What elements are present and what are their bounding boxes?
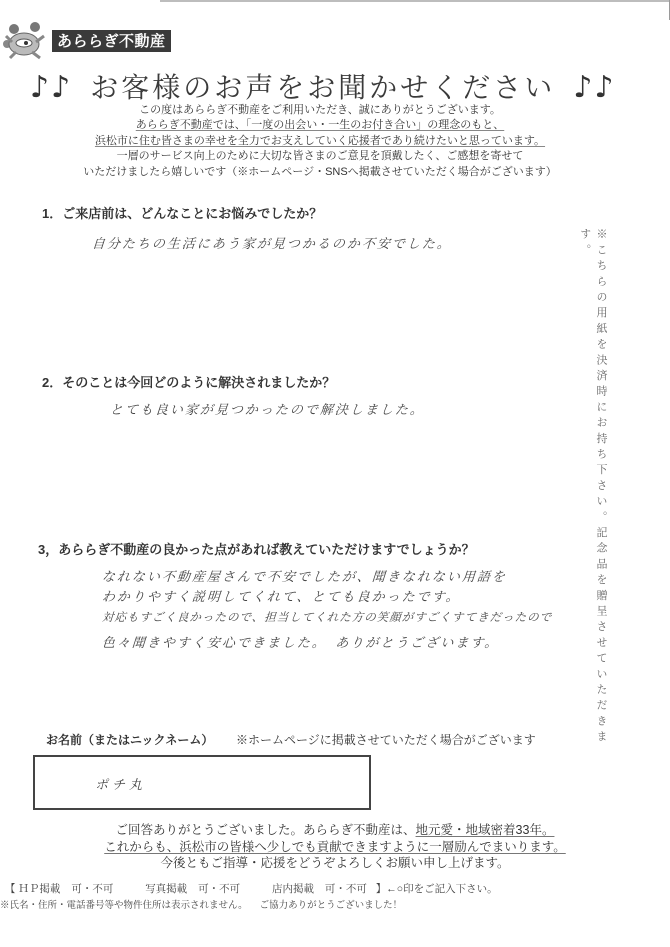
name-field-value: ポチ丸 (95, 774, 146, 793)
question-2-label: 2．そのことは今回どのように解決されましたか？ (42, 372, 335, 391)
intro-line: この度はあららぎ不動産をご利用いただき、誠にありがとうございます。 (60, 103, 580, 118)
name-field-label: お名前（またはニックネーム） (46, 731, 213, 748)
permission-hp-label: ＨＰ掲載 (18, 883, 60, 895)
intro-line: あららぎ不動産では、「一度の出会い・一生のお付き合い」の理念のもと、 (136, 119, 505, 131)
permission-photo-options[interactable]: 可・不可 (198, 883, 240, 895)
closing-line-1-highlight: 地元愛・地域密着33年。 (416, 823, 555, 837)
bracket-open: 【 (5, 883, 16, 895)
closing-message: ご回答ありがとうございました。あららぎ不動産は、地元愛・地域密着33年。 これか… (80, 822, 590, 872)
music-note-icon: ♪♪ (30, 70, 72, 105)
question-2-answer: とても良い家が見つかったので解決しました。 (109, 399, 425, 418)
name-field-note: ※ホームページに掲載させていただく場合がございます (236, 731, 536, 748)
music-note-icon: ♪♪ (573, 70, 615, 105)
permission-hp-options[interactable]: 可・不可 (71, 883, 113, 895)
question-3-answer-line: わかりやすく説明してくれて、とても良かったです。 (101, 586, 461, 605)
permission-store-label: 店内掲載 (272, 883, 314, 895)
footnote: ※氏名・住所・電話番号等や物件住所は表示されません。ご協力ありがとうございました… (0, 897, 402, 911)
permission-photo-label: 写真掲載 (145, 883, 187, 895)
page-title: ♪♪お客様のお声をお聞かせください♪♪ (30, 66, 640, 106)
title-text: お客様のお声をお聞かせください (90, 71, 555, 104)
intro-message: この度はあららぎ不動産をご利用いただき、誠にありがとうございます。 あららぎ不動… (60, 103, 580, 180)
intro-line: いただけましたら嬉しいです（※ホームページ・SNSへ掲載させていただく場合がござ… (60, 165, 580, 180)
bracket-close-instruction: 】←○印をご記入下さい。 (376, 883, 498, 895)
question-3-answer-line: 対応もすごく良かったので、担当してくれた方の笑顔がすごくすてきだったので (101, 609, 552, 625)
question-1-label: 1．ご来店前は、どんなことにお悩みでしたか？ (42, 203, 322, 222)
question-3-answer-line: 色々聞きやすく安心できました。 ありがとうございます。 (101, 632, 500, 651)
mascot-character-icon (2, 22, 48, 60)
question-3-label: 3，あららぎ不動産の良かった点があれば教えていただけますでしょうか？ (38, 539, 475, 558)
question-1-answer: 自分たちの生活にあう家が見つかるのか不安でした。 (91, 233, 452, 252)
company-logo: あららぎ不動産 (2, 22, 171, 60)
side-note-vertical: ※こちらの用紙を決済時にお持ち下さい。記念品を贈呈させていただきます。 (595, 228, 609, 758)
closing-line-2: これからも、浜松市の皆様へ少しでも貢献できますように一層励んでまいります。 (104, 840, 566, 854)
closing-line-1: ご回答ありがとうございました。あららぎ不動産は、 (116, 823, 416, 837)
question-3-answer-line: なれない不動産屋さんで不安でしたが、聞きなれない用語を (101, 566, 507, 585)
thanks-note: ご協力ありがとうございました！ (260, 900, 403, 911)
name-field[interactable]: ポチ丸 (33, 755, 371, 810)
logo-text: あららぎ不動産 (52, 30, 171, 52)
intro-line: 浜松市に住む皆さまの幸せを全力でお支えしていく応援者であり続けたいと思っています… (95, 135, 545, 147)
permission-store-options[interactable]: 可・不可 (325, 883, 367, 895)
publication-permissions: 【 ＨＰ掲載 可・不可 写真掲載 可・不可 店内掲載 可・不可 】←○印をご記入… (5, 881, 498, 896)
closing-line-3: 今後ともご指導・応援をどうぞよろしくお願い申し上げます。 (80, 855, 590, 872)
scan-edge-top (160, 0, 670, 2)
privacy-note: ※氏名・住所・電話番号等や物件住所は表示されません。 (0, 900, 248, 911)
intro-line: 一層のサービス向上のために大切な皆さまのご意見を頂戴したく、ご感想を寄せて (60, 149, 580, 164)
